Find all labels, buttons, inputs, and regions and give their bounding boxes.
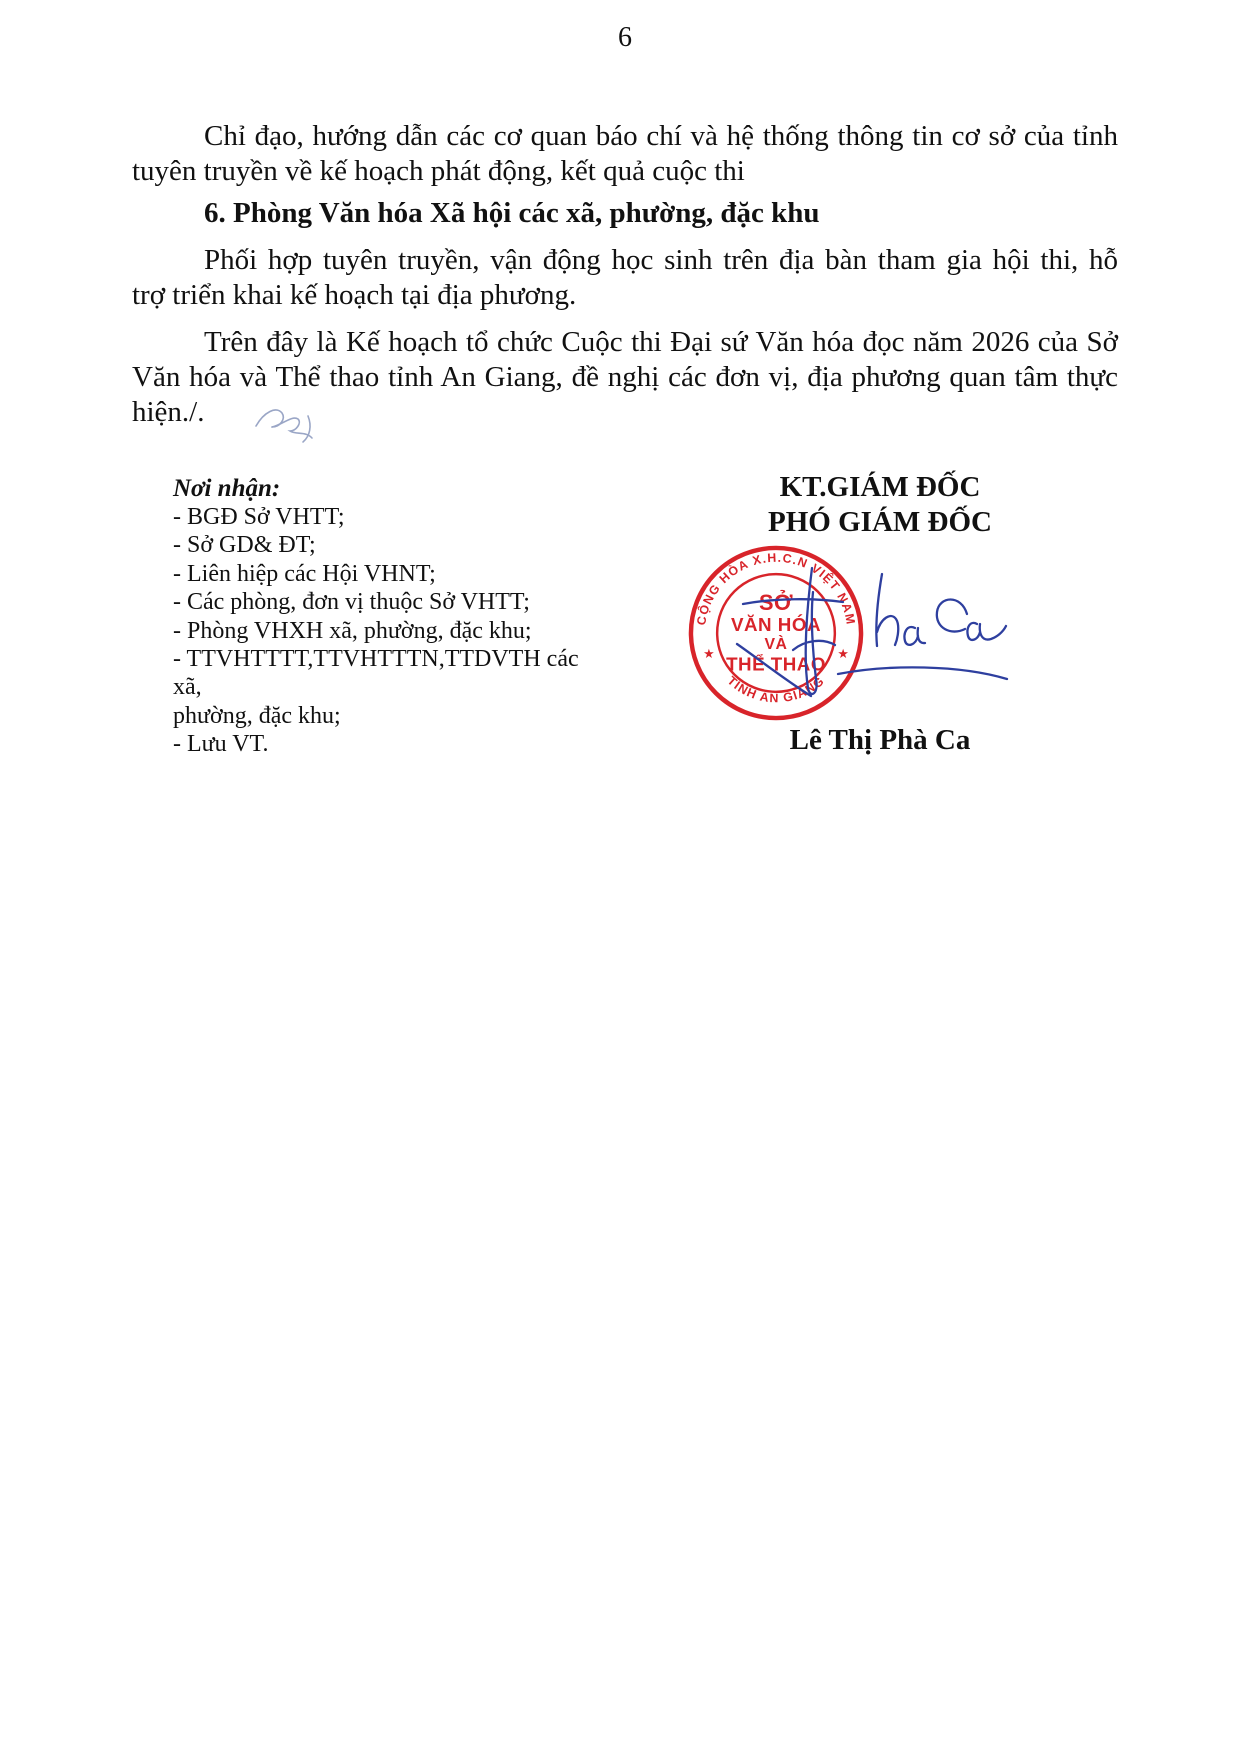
recipient-line: - Lưu VT. xyxy=(173,730,593,758)
document-page: 6 Chỉ đạo, hướng dẫn các cơ quan báo chí… xyxy=(0,0,1241,1755)
signer-title-block: KT.GIÁM ĐỐC PHÓ GIÁM ĐỐC xyxy=(640,470,1120,540)
signature-stroke xyxy=(806,568,817,694)
signature-stroke xyxy=(937,600,967,632)
initial-stroke xyxy=(303,416,310,442)
recipient-line: - Các phòng, đơn vị thuộc Sở VHTT; xyxy=(173,588,593,616)
paragraph-line: Văn hóa và Thể thao tỉnh An Giang, đề ng… xyxy=(132,360,1118,395)
signature-stroke xyxy=(967,623,1006,640)
body-paragraph: Phối hợp tuyên truyền, vận động học sinh… xyxy=(132,243,1118,313)
recipient-line: - BGĐ Sở VHTT; xyxy=(173,503,593,531)
section-heading: 6. Phòng Văn hóa Xã hội các xã, phường, … xyxy=(132,196,1118,231)
signature-stroke xyxy=(737,644,811,696)
paragraph-line: trợ triển khai kế hoạch tại địa phương. xyxy=(132,278,1118,313)
signature-stroke xyxy=(877,616,898,645)
signature-stroke xyxy=(904,627,925,645)
signature-ink xyxy=(715,552,1015,702)
signature-stroke xyxy=(876,574,882,646)
recipient-line: - TTVHTTTT,TTVHTTTN,TTDVTH các xã, xyxy=(173,645,593,702)
signature-stroke xyxy=(743,599,843,604)
paragraph-line: Trên đây là Kế hoạch tổ chức Cuộc thi Đạ… xyxy=(132,325,1118,360)
paragraph-line: tuyên truyền về kế hoạch phát động, kết … xyxy=(132,154,1118,189)
page-number: 6 xyxy=(132,22,1118,54)
recipient-line: - Liên hiệp các Hội VHNT; xyxy=(173,560,593,588)
recipients-list: - BGĐ Sở VHTT;- Sở GD& ĐT;- Liên hiệp cá… xyxy=(173,503,593,759)
recipients-label: Nơi nhận: xyxy=(173,474,593,503)
body-paragraph: Chỉ đạo, hướng dẫn các cơ quan báo chí v… xyxy=(132,119,1118,189)
recipient-line: - Phòng VHXH xã, phường, đặc khu; xyxy=(173,617,593,645)
recipients-block: Nơi nhận: - BGĐ Sở VHTT;- Sở GD& ĐT;- Li… xyxy=(173,474,593,759)
paragraph-line: Chỉ đạo, hướng dẫn các cơ quan báo chí v… xyxy=(132,119,1118,154)
signer-title-line1: KT.GIÁM ĐỐC xyxy=(640,470,1120,505)
star-icon: ★ xyxy=(703,647,715,662)
paragraph-line: 6. Phòng Văn hóa Xã hội các xã, phường, … xyxy=(132,196,1118,231)
recipient-line: phường, đặc khu; xyxy=(173,702,593,730)
initial-stroke xyxy=(272,418,312,438)
signer-title-line2: PHÓ GIÁM ĐỐC xyxy=(640,505,1120,540)
signer-name: Lê Thị Phà Ca xyxy=(640,723,1120,758)
paragraph-line: Phối hợp tuyên truyền, vận động học sinh… xyxy=(132,243,1118,278)
recipient-line: - Sở GD& ĐT; xyxy=(173,531,593,559)
initial-signature-mark xyxy=(252,398,337,446)
signature-stroke xyxy=(838,667,1007,679)
